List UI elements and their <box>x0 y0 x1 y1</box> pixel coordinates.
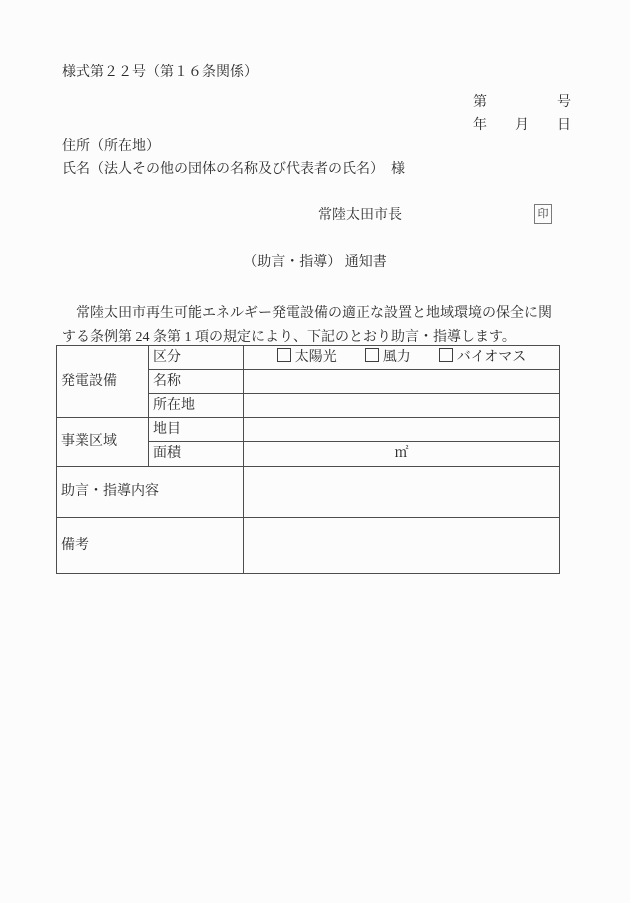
solar-label: 太陽光 <box>295 350 337 365</box>
option-biomass: バイオマス <box>439 350 527 365</box>
location-label-cell: 所在地 <box>149 394 244 418</box>
area-label-cell: 面積 <box>149 442 244 467</box>
area-unit: ㎡ <box>395 446 409 461</box>
land-category-value-cell[interactable] <box>244 418 560 442</box>
document-number-line: 第 号 <box>473 91 571 114</box>
area-group-cell: 事業区域 <box>57 418 149 467</box>
body-paragraph: 常陸太田市再生可能エネルギー発電設備の適正な設置と地域環境の保全に関 する条例第… <box>62 302 558 350</box>
facility-group-cell: 発電設備 <box>57 346 149 418</box>
notice-document-page: 様式第２２号（第１６条関係） 第 号 年 月 日 住所（所在地） 氏名（法人その… <box>0 0 630 903</box>
wind-checkbox[interactable] <box>365 348 379 362</box>
name-label-cell: 名称 <box>149 370 244 394</box>
advice-label-cell: 助言・指導内容 <box>57 467 244 518</box>
name-value-cell[interactable] <box>244 370 560 394</box>
location-value-cell[interactable] <box>244 394 560 418</box>
advice-value-cell[interactable] <box>244 467 560 518</box>
form-number: 様式第２２号（第１６条関係） <box>62 64 258 82</box>
issuer-name: 常陸太田市長 <box>318 207 402 225</box>
notice-table: 発電設備 区分 太陽光風力バイオマス 名称 所在地 事業区域 地目 面積 <box>56 345 560 574</box>
document-title: （助言・指導） 通知書 <box>0 254 630 272</box>
seal-box: 印 <box>534 204 552 224</box>
address-label: 住所（所在地） <box>62 138 160 156</box>
body-line-1: 常陸太田市再生可能エネルギー発電設備の適正な設置と地域環境の保全に関 <box>62 302 558 326</box>
document-number-date-block: 第 号 年 月 日 <box>473 91 571 137</box>
category-label-cell: 区分 <box>149 346 244 370</box>
option-wind: 風力 <box>365 350 411 365</box>
biomass-checkbox[interactable] <box>439 348 453 362</box>
addressee-label: 氏名（法人その他の団体の名称及び代表者の氏名） 様 <box>62 161 405 179</box>
category-value-cell: 太陽光風力バイオマス <box>244 346 560 370</box>
option-solar: 太陽光 <box>277 350 337 365</box>
solar-checkbox[interactable] <box>277 348 291 362</box>
remarks-value-cell[interactable] <box>244 518 560 574</box>
seal-mark: 印 <box>538 208 549 220</box>
date-line: 年 月 日 <box>473 114 571 137</box>
biomass-label: バイオマス <box>457 350 527 365</box>
wind-label: 風力 <box>383 350 411 365</box>
area-value-cell[interactable]: ㎡ <box>244 442 560 467</box>
remarks-label-cell: 備考 <box>57 518 244 574</box>
land-category-label-cell: 地目 <box>149 418 244 442</box>
